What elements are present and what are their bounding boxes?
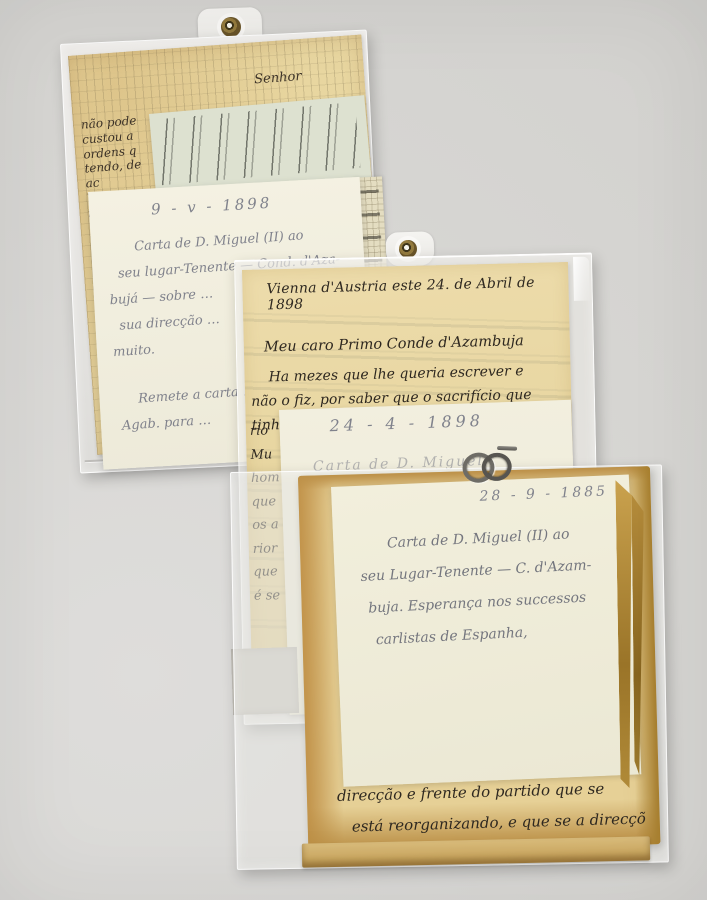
note1-date: 9 - v - 1898 bbox=[151, 194, 273, 219]
vertical-script-strokes bbox=[156, 102, 361, 185]
note2-date: 24 - 4 - 1898 bbox=[329, 411, 484, 435]
note3-date: 28 - 9 - 1885 bbox=[479, 483, 608, 504]
plastic-fold-highlight bbox=[573, 257, 590, 301]
paperclip-wire bbox=[497, 446, 517, 451]
photo-of-manuscript-lot: Senhor não podecustou aordens qtendo, de… bbox=[0, 0, 707, 900]
catalog-note-1885: 28 - 9 - 1885 Carta de D. Miguel (II) ao… bbox=[331, 475, 641, 787]
note3-caption-lines: Carta de D. Miguel (II) aoseu Lugar-Tene… bbox=[358, 516, 624, 657]
grommet-eyelet-left-icon bbox=[221, 17, 241, 37]
ledger-header-word: Senhor bbox=[254, 69, 302, 87]
